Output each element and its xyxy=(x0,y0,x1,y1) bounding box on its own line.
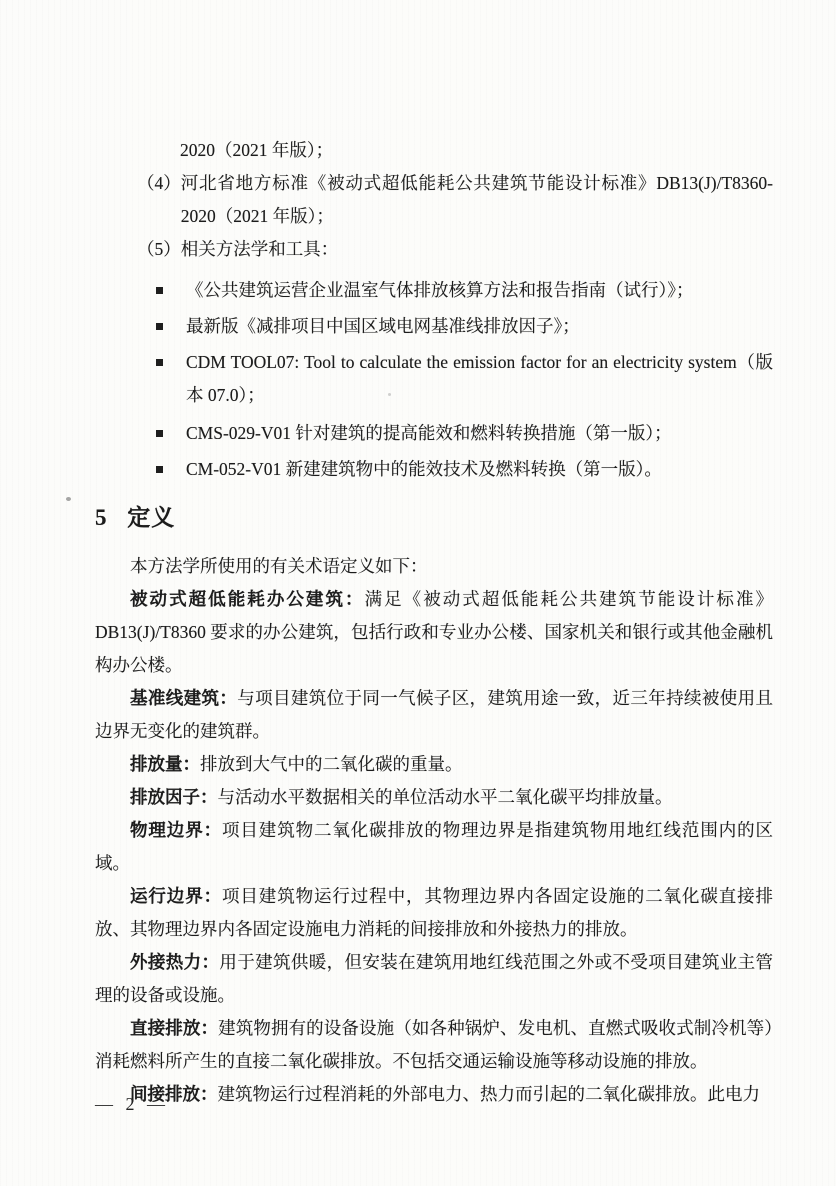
bullet-text: CMS-029-V01 针对建筑的提高能效和燃料转换措施（第一版）； xyxy=(186,417,773,450)
definition-term: 基准线建筑： xyxy=(130,688,237,708)
page-number: — 2 — xyxy=(95,1094,169,1115)
document-page: 2020（2021 年版）； （4） 河北省地方标准《被动式超低能耗公共建筑节能… xyxy=(0,0,836,1186)
list-item-5: （5） 相关方法学和工具： xyxy=(95,233,773,266)
bullet-text: CDM TOOL07: Tool to calculate the emissi… xyxy=(186,346,773,412)
section-heading-title: 定义 xyxy=(127,505,175,530)
square-bullet-icon xyxy=(156,453,186,486)
scan-speck xyxy=(66,497,71,501)
scan-speck xyxy=(388,393,391,396)
bullet-item: CM-052-V01 新建建筑物中的能效技术及燃料转换（第一版）。 xyxy=(95,453,773,486)
bullet-item: 《公共建筑运营企业温室气体排放核算方法和报告指南（试行）》； xyxy=(95,274,773,307)
bullet-item: 最新版《减排项目中国区域电网基准线排放因子》； xyxy=(95,310,773,343)
definition-term: 物理边界： xyxy=(130,820,222,840)
tools-bullet-list: 《公共建筑运营企业温室气体排放核算方法和报告指南（试行）》； 最新版《减排项目中… xyxy=(95,274,773,486)
definition-term: 直接排放： xyxy=(130,1018,218,1038)
definition-paragraph: 基准线建筑：与项目建筑位于同一气候子区，建筑用途一致，近三年持续被使用且边界无变… xyxy=(95,682,773,748)
definition-paragraph: 外接热力：用于建筑供暖，但安装在建筑用地红线范围之外或不受项目建筑业主管理的设备… xyxy=(95,946,773,1012)
definition-paragraph: 被动式超低能耗办公建筑：满足《被动式超低能耗公共建筑节能设计标准》DB13(J)… xyxy=(95,583,773,682)
definition-paragraph: 直接排放：建筑物拥有的设备设施（如各种锅炉、发电机、直燃式吸收式制冷机等）消耗燃… xyxy=(95,1012,773,1078)
list-item-4-marker: （4） xyxy=(137,167,181,233)
definition-paragraph: 运行边界：项目建筑物运行过程中，其物理边界内各固定设施的二氧化碳直接排放、其物理… xyxy=(95,880,773,946)
square-bullet-icon xyxy=(156,346,186,412)
square-bullet-icon xyxy=(156,274,186,307)
square-bullet-icon xyxy=(156,417,186,450)
intro-paragraph: 本方法学所使用的有关术语定义如下： xyxy=(95,550,773,583)
definition-text: 排放到大气中的二氧化碳的重量。 xyxy=(200,754,463,774)
definition-term: 排放因子： xyxy=(130,787,218,807)
definition-paragraph: 间接排放：建筑物运行过程消耗的外部电力、热力而引起的二氧化碳排放。此电力 xyxy=(95,1078,773,1111)
definition-text: 与活动水平数据相关的单位活动水平二氧化碳平均排放量。 xyxy=(218,787,673,807)
bullet-item: CMS-029-V01 针对建筑的提高能效和燃料转换措施（第一版）； xyxy=(95,417,773,450)
list-item-5-marker: （5） xyxy=(137,233,181,266)
bullet-text: 《公共建筑运营企业温室气体排放核算方法和报告指南（试行）》； xyxy=(186,274,773,307)
list-item-4-text: 河北省地方标准《被动式超低能耗公共建筑节能设计标准》DB13(J)/T8360-… xyxy=(181,167,773,233)
list-item-5-text: 相关方法学和工具： xyxy=(181,233,773,266)
page-content: 2020（2021 年版）； （4） 河北省地方标准《被动式超低能耗公共建筑节能… xyxy=(0,0,836,1111)
bullet-text: CM-052-V01 新建建筑物中的能效技术及燃料转换（第一版）。 xyxy=(186,453,773,486)
definition-paragraph: 物理边界：项目建筑物二氧化碳排放的物理边界是指建筑物用地红线范围内的区域。 xyxy=(95,814,773,880)
bullet-item: CDM TOOL07: Tool to calculate the emissi… xyxy=(95,346,773,412)
definition-term: 运行边界： xyxy=(130,886,222,906)
bullet-text: 最新版《减排项目中国区域电网基准线排放因子》； xyxy=(186,310,773,343)
square-bullet-icon xyxy=(156,310,186,343)
definition-paragraph: 排放量：排放到大气中的二氧化碳的重量。 xyxy=(95,748,773,781)
definition-term: 排放量： xyxy=(130,754,200,774)
definition-paragraph: 排放因子：与活动水平数据相关的单位活动水平二氧化碳平均排放量。 xyxy=(95,781,773,814)
definition-term: 外接热力： xyxy=(130,952,219,972)
list-item-3-continuation: 2020（2021 年版）； xyxy=(180,134,773,167)
definition-term: 被动式超低能耗办公建筑： xyxy=(130,589,365,609)
section-heading: 5 定义 xyxy=(95,502,773,534)
definition-text: 建筑物运行过程消耗的外部电力、热力而引起的二氧化碳排放。此电力 xyxy=(218,1084,761,1104)
section-heading-number: 5 xyxy=(95,505,108,530)
list-item-4: （4） 河北省地方标准《被动式超低能耗公共建筑节能设计标准》DB13(J)/T8… xyxy=(95,167,773,233)
